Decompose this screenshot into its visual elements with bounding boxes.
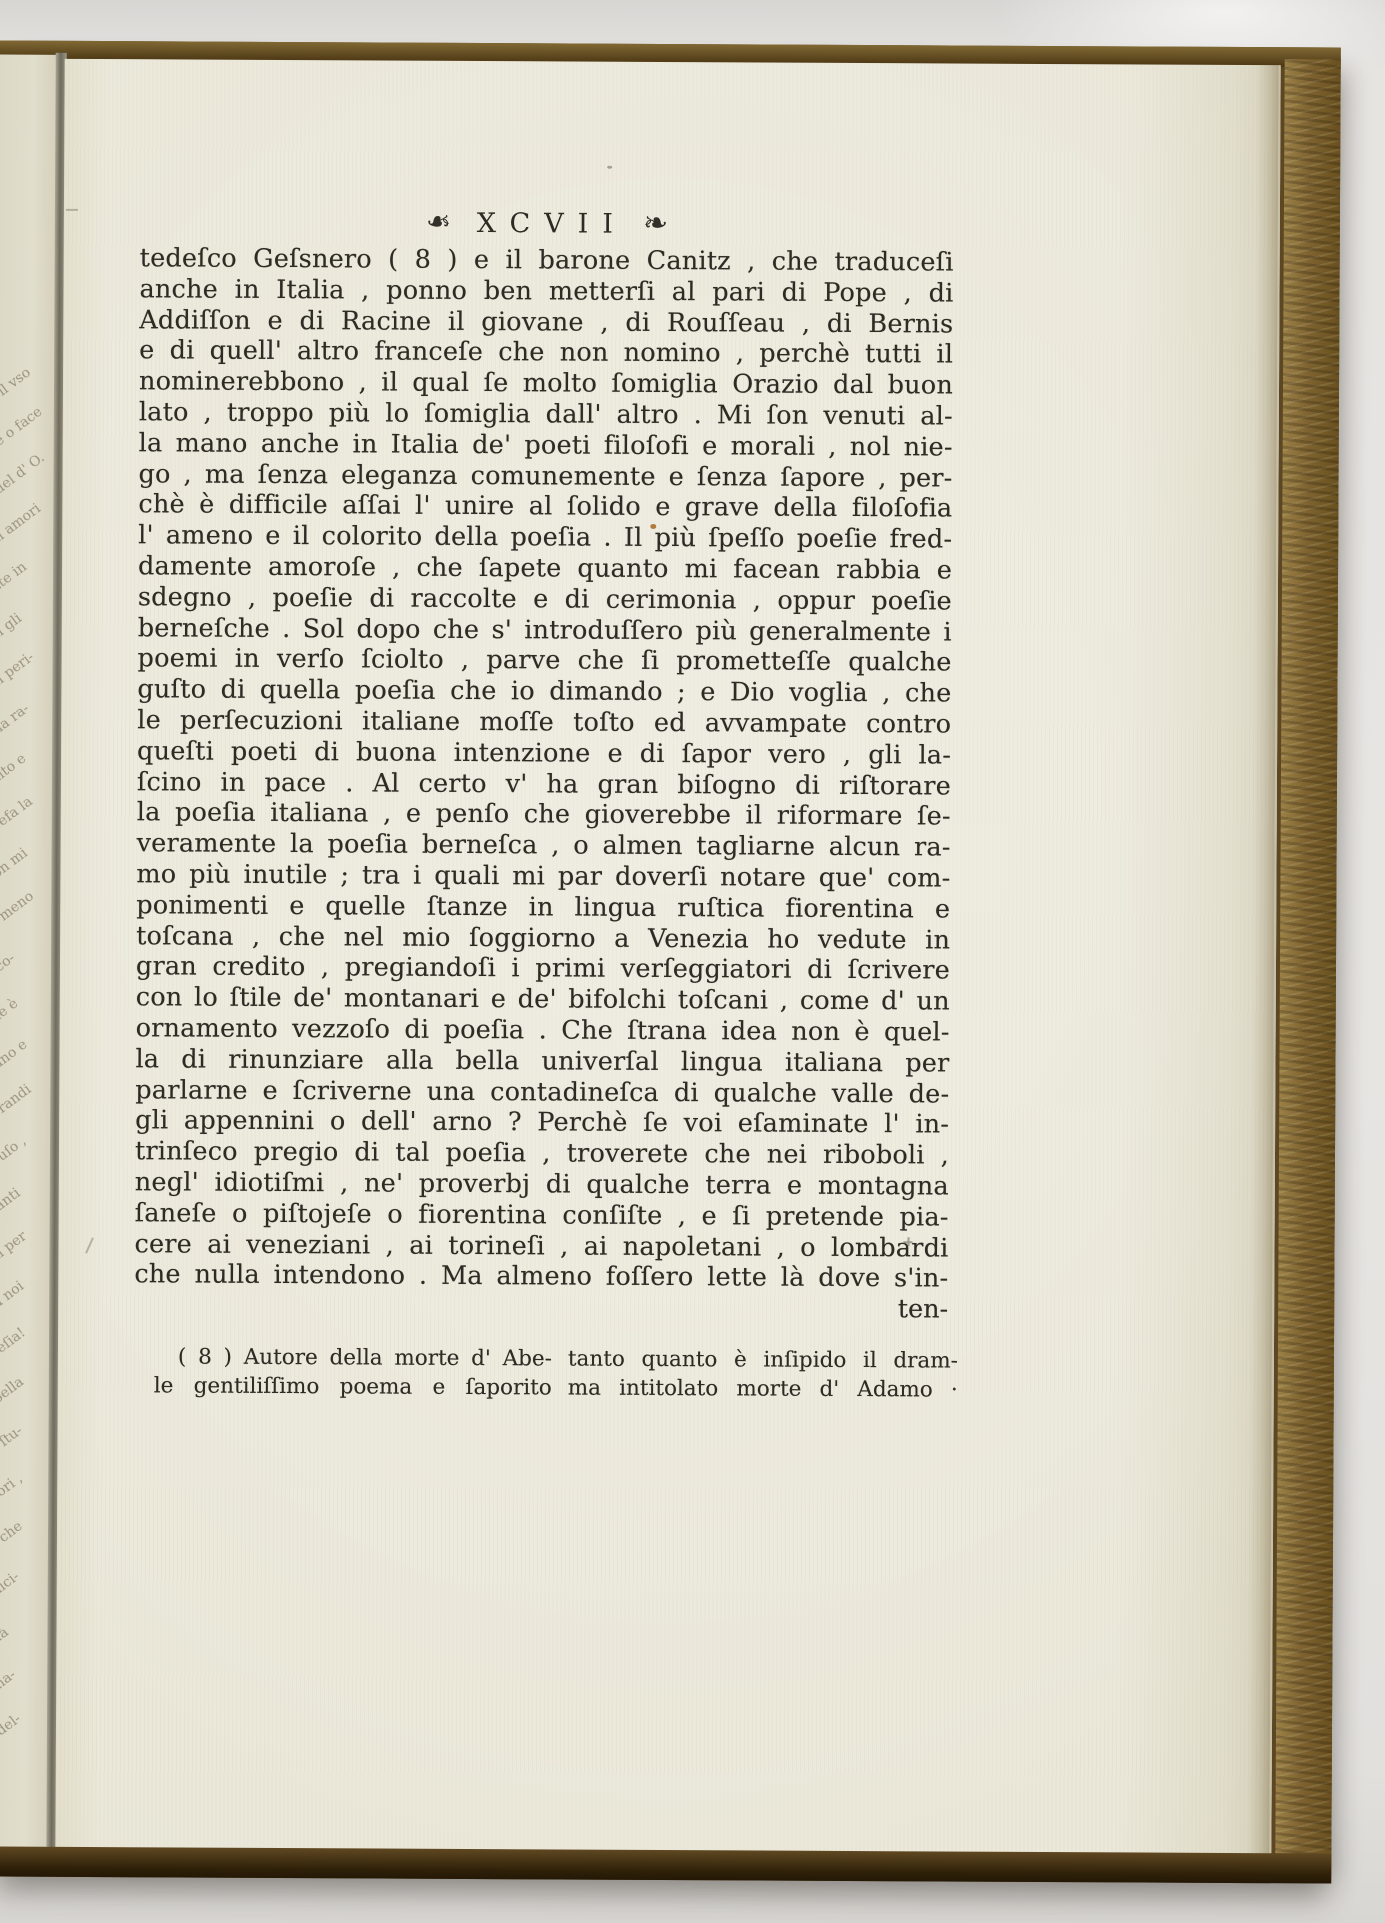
fleuron-left-icon: ❧ xyxy=(426,208,451,238)
foxing-speck xyxy=(607,166,612,169)
book-cover-fore-edge xyxy=(1275,59,1341,1875)
body-line: trinſeco pregio di tal poeſia , troveret… xyxy=(135,1136,949,1171)
body-line: con lo ſtile de' montanari e de' bifolch… xyxy=(136,982,950,1017)
body-line: nominerebbono , il qual ſe molto ſomigli… xyxy=(139,366,953,401)
body-line: lato , troppo più lo ſomiglia dall' altr… xyxy=(139,397,953,432)
body-line: la mano anche in Italia de' poeti filoſo… xyxy=(139,428,953,463)
body-line: toſcana , che nel mio ſoggiorno a Venezi… xyxy=(136,921,950,956)
margin-mark xyxy=(904,1237,913,1246)
footnote-line: ( 8 ) Autore della morte d' Abe- xyxy=(154,1342,552,1373)
body-line: veramente la poeſia berneſca , o almen t… xyxy=(137,828,951,863)
body-line: anche in Italia , ponno ben metterſi al … xyxy=(139,274,953,309)
footnote-line: tanto quanto è inſipido il dram- xyxy=(568,1345,958,1376)
footnote-line: le gentiliſſimo poema e ſaporito xyxy=(154,1371,552,1402)
pencil-mark xyxy=(66,209,78,211)
body-line: mo più inutile ; tra i quali mi par dove… xyxy=(136,859,950,894)
body-line: l' ameno e il colorito della poeſia . Il… xyxy=(138,520,952,555)
body-line: e di quell' altro franceſe che non nomin… xyxy=(139,336,953,371)
body-line: berneſche . Sol dopo che s' introduſſero… xyxy=(138,613,952,648)
footnote-column-1: ( 8 ) Autore della morte d' Abe-le genti… xyxy=(154,1342,552,1402)
body-line: tedeſco Geſsnero ( 8 ) e il barone Canit… xyxy=(140,243,954,278)
body-line: ſaneſe o piſtojeſe o fiorentina conſiſte… xyxy=(135,1198,949,1233)
body-line: ponimenti e quelle ſtanze in lingua ruſt… xyxy=(136,890,950,925)
body-line: Addiſſon e di Racine il giovane , di Rou… xyxy=(139,305,953,340)
page-number: XCVII xyxy=(467,207,627,239)
body-line: negl' idiotiſmi , ne' proverbj di qualch… xyxy=(135,1167,949,1202)
foxing-speck xyxy=(650,524,656,529)
book-page: ❧ XCVII ❧ tedeſco Geſsnero ( 8 ) e il ba… xyxy=(55,59,1280,1857)
pencil-mark xyxy=(85,1237,94,1253)
body-line: la di rinunziare alla bella univerſal li… xyxy=(135,1044,949,1079)
body-line: damente amoroſe , che ſapete quanto mi f… xyxy=(138,551,952,586)
body-line: ornamento vezzoſo di poeſia . Che ſtrana… xyxy=(136,1013,950,1048)
body-line: chè è difficile aſſai l' unire al ſolido… xyxy=(138,490,952,525)
body-line: la poeſia italiana , e penſo che giovere… xyxy=(137,798,951,833)
body-line: go , ma ſenza eleganza comunemente e ſen… xyxy=(138,459,952,494)
book: e il vsohe o facequel d' O.ali amoriette… xyxy=(0,40,1341,1883)
body-line: le perſecuzioni italiane moſſe toſto ed … xyxy=(137,705,951,740)
body-line: che nulla intendono . Ma almeno foſſero … xyxy=(134,1260,948,1295)
body-line: guſto di quella poeſia che io dimando ; … xyxy=(137,674,951,709)
body-text: tedeſco Geſsnero ( 8 ) e il barone Canit… xyxy=(134,243,953,1294)
body-line: queſti poeti di buona intenzione e di ſa… xyxy=(137,736,951,771)
body-line: ſcino in pace . Al certo v' ha gran biſo… xyxy=(137,767,951,802)
body-line: sdegno , poeſie di raccolte e di cerimon… xyxy=(138,582,952,617)
fleuron-right-icon: ❧ xyxy=(643,209,668,239)
photo-background: e il vsohe o facequel d' O.ali amoriette… xyxy=(0,0,1385,1923)
body-line: poemi in verſo ſciolto , parve che ſi pr… xyxy=(137,644,951,679)
footnote-column-2: tanto quanto è inſipido il dram-ma intit… xyxy=(568,1345,958,1405)
book-cover-bottom-edge xyxy=(0,1846,1331,1883)
body-line: gli appennini o dell' arno ? Perchè ſe v… xyxy=(135,1106,949,1141)
adjacent-page-text-fragment: or del- xyxy=(0,1704,52,1780)
page-header: ❧ XCVII ❧ xyxy=(140,197,954,249)
body-line: cere ai veneziani , ai torineſi , ai nap… xyxy=(134,1229,948,1264)
footnote-line: ma intitolato morte d' Adamo · xyxy=(568,1374,958,1405)
body-line: gran credito , pregiandoſi i primi verſe… xyxy=(136,952,950,987)
catchword: ten- xyxy=(134,1290,948,1324)
body-line: parlarne e ſcriverne una contadineſca di… xyxy=(135,1075,949,1110)
